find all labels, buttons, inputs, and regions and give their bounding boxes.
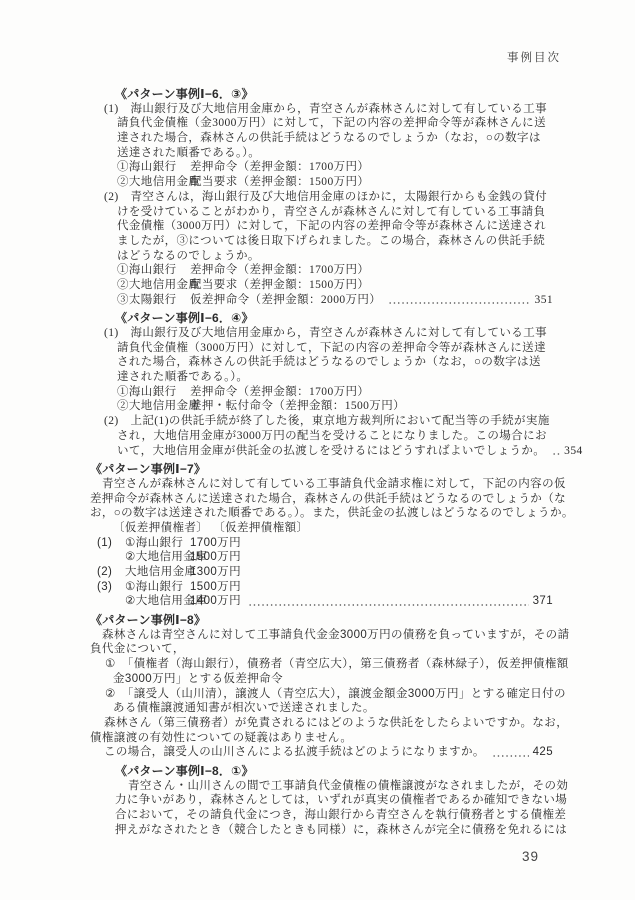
page-ref: 351 xyxy=(535,293,553,308)
order-description: 差押命令（差押金額：1700万円） xyxy=(190,263,369,278)
paragraph-line: お，○の数字は送達された順番である。）。また，供託金の払渡しはどうなるのでしょう… xyxy=(90,506,553,521)
document-page: 事例目次 《パターン事例Ⅰ−6．③》 (1) 海山銀行及び大地信用金庫から，青空… xyxy=(0,0,635,900)
paragraph-line: 合において，その請負代金につき，海山銀行から青空さんを執行債務者とする債権差 xyxy=(115,808,553,823)
table-row: ②大地信用金庫 1500万円 xyxy=(97,550,553,565)
creditor-name: ②大地信用金庫 xyxy=(125,594,190,609)
paragraph-line: 青空さんが森林さんに対して有している工事請負代金請求権に対して，下記の内容の仮 xyxy=(102,477,553,492)
creditor-name: ①海山銀行 xyxy=(117,385,190,400)
creditor-name: ②大地信用金庫 xyxy=(125,550,190,565)
paragraph-line: 達された場合，森林さんの供託手続はどうなるのでしょうか（なお，○の数字は xyxy=(117,131,553,146)
section-heading: 《パターン事例Ⅰ−8．①》 xyxy=(115,764,553,779)
section-pattern-1-6-4: 《パターン事例Ⅰ−6．④》 (1) 海山銀行及び大地信用金庫から，青空さんが森林… xyxy=(90,311,553,458)
paragraph-line: 請負代金債権（金3000万円）に対して，下記の内容の差押命令等が森林さんに送 xyxy=(117,116,553,131)
paragraph-line: された場合，森林さんの供託手続はどうなるのでしょうか（なお，○の数字は送 xyxy=(117,355,553,370)
dot-leader xyxy=(248,602,529,607)
creditor-name: ②大地信用金庫 xyxy=(117,278,190,293)
claim-amount: 1400万円 xyxy=(190,594,241,609)
paragraph-line: 送達された順番である。）。 xyxy=(117,146,553,161)
section-pattern-1-7: 《パターン事例Ⅰ−7》 青空さんが森林さんに対して有している工事請負代金請求権に… xyxy=(90,462,553,609)
creditor-name: ②大地信用金庫 xyxy=(117,175,190,190)
dot-leader xyxy=(388,300,530,305)
paragraph-line: 負代金について， xyxy=(90,642,553,657)
order-description: 仮差押命令（差押金額：2000万円） xyxy=(190,293,381,308)
paragraph-line: (2) 青空さんは，海山銀行及び大地信用金庫のほかに，太陽銀行からも金銭の貸付 xyxy=(104,190,553,205)
dot-leader xyxy=(492,753,529,758)
paragraph-line: 差押命令が森林さんに送達された場合，森林さんの供託手続はどうなるのでしょうか（な xyxy=(90,492,553,507)
creditor-name: 大地信用金庫 xyxy=(125,565,190,580)
order-description: 差押命令（差押金額：1700万円） xyxy=(190,385,369,400)
claim-item: ②大地信用金庫 配当要求（差押金額：1500万円） xyxy=(117,278,553,293)
claim-amount: 1500万円 xyxy=(190,580,241,595)
column-header-amount: 〔仮差押債権額〕 xyxy=(213,521,308,536)
section-heading: 《パターン事例Ⅰ−8》 xyxy=(90,613,553,628)
section-pattern-1-6-3: 《パターン事例Ⅰ−6．③》 (1) 海山銀行及び大地信用金庫から，青空さんが森林… xyxy=(90,87,553,307)
table-row: (3) ①海山銀行 1500万円 xyxy=(97,580,553,595)
toc-entry-line: いて，大地信用金庫が供託金の払渡しを受けるにはどうすればよいでしょうか。 354 xyxy=(117,444,553,459)
paragraph-line: (1) 海山銀行及び大地信用金庫から，青空さんが森林さんに対して有している工事 xyxy=(104,102,553,117)
order-description: 配当要求（差押金額：1500万円） xyxy=(190,278,369,293)
claim-amount: 1300万円 xyxy=(190,565,241,580)
page-ref: 371 xyxy=(533,594,553,609)
section-pattern-1-8-1: 《パターン事例Ⅰ−8．①》 青空さん・山川さんの間で工事請負代金債権の債権譲渡が… xyxy=(90,764,553,837)
numbered-item-line: ある債権譲渡通知書が相次いで送達されました。 xyxy=(113,701,553,716)
column-header-creditor: 〔仮差押債権者〕 xyxy=(113,521,208,536)
table-row: (1) ①海山銀行 1700万円 xyxy=(97,536,553,551)
page-ref: 425 xyxy=(533,745,553,760)
paragraph-line: (1) 海山銀行及び大地信用金庫から，青空さんが森林さんに対して有している工事 xyxy=(104,326,553,341)
creditor-name: ②大地信用金庫 xyxy=(117,399,190,414)
paragraph-line: 代金債権（3000万円）に対して，下記の内容の差押命令等が森林さんに送達され xyxy=(117,219,553,234)
paragraph-line: ましたが，③については後日取下げられました。この場合，森林さんの供託手続 xyxy=(117,234,553,249)
order-description: 差押命令（差押金額：1700万円） xyxy=(190,160,369,175)
numbered-item-line: 金3000万円」とする仮差押命令 xyxy=(113,672,553,687)
paragraph-line: 森林さんは青空さんに対して工事請負代金金3000万円の債務を負っていますが，その… xyxy=(102,628,553,643)
creditor-name: ①海山銀行 xyxy=(125,580,190,595)
row-number: (3) xyxy=(97,580,125,595)
order-description: 配当要求（差押金額：1500万円） xyxy=(190,175,369,190)
creditor-name: ①海山銀行 xyxy=(117,160,190,175)
numbered-item-line: ② 「譲受人（山川清），譲渡人（青空広大），譲渡金額金3000万円」とする確定日… xyxy=(105,687,553,702)
paragraph-line: 達された順番である。）。 xyxy=(117,370,553,385)
section-heading: 《パターン事例Ⅰ−7》 xyxy=(90,462,553,477)
page-number: 39 xyxy=(522,849,539,864)
running-header: 事例目次 xyxy=(507,49,561,65)
paragraph-line: 力に争いがあり，森林さんとしては，いずれが真実の債権者であるか確知できない場 xyxy=(115,793,553,808)
claim-item: ②大地信用金庫 配当要求（差押金額：1500万円） xyxy=(117,175,553,190)
section-pattern-1-8: 《パターン事例Ⅰ−8》 森林さんは青空さんに対して工事請負代金金3000万円の債… xyxy=(90,613,553,760)
claim-item: ②大地信用金庫 差押・転付命令（差押金額：1500万円） xyxy=(117,399,553,414)
claim-amount: 1500万円 xyxy=(190,550,241,565)
numbered-item-line: ① 「債権者（海山銀行），債務者（青空広大），第三債務者（森林緑子），仮差押債権… xyxy=(105,657,553,672)
page-ref: 354 xyxy=(564,444,582,459)
paragraph-line: いて，大地信用金庫が供託金の払渡しを受けるにはどうすればよいでしょうか。 xyxy=(117,444,545,459)
table-row: ②大地信用金庫 1400万円 371 xyxy=(97,594,553,609)
table-row: (2) 大地信用金庫 1300万円 xyxy=(97,565,553,580)
claim-amount: 1700万円 xyxy=(190,536,241,551)
order-description: 差押・転付命令（差押金額：1500万円） xyxy=(190,399,405,414)
paragraph-line: 請負代金債権（3000万円）に対して，下記の内容の差押命令等が森林さんに送達 xyxy=(117,341,553,356)
claim-item: ①海山銀行 差押命令（差押金額：1700万円） xyxy=(117,385,553,400)
paragraph-line: (2) 上記(1)の供託手続が終了した後，東京地方裁判所において配当等の手続が実… xyxy=(104,414,553,429)
paragraph-line: 青空さん・山川さんの間で工事請負代金債権の債権譲渡がなされましたが，その効 xyxy=(128,779,553,794)
creditor-name: ①海山銀行 xyxy=(117,263,190,278)
toc-entry-line: この場合，譲受人の山川さんによる払渡手続はどのようになりますか。 425 xyxy=(104,745,553,760)
section-heading: 《パターン事例Ⅰ−6．③》 xyxy=(115,87,553,102)
row-number: (2) xyxy=(97,565,125,580)
claim-item: ①海山銀行 差押命令（差押金額：1700万円） xyxy=(117,160,553,175)
toc-content: 《パターン事例Ⅰ−6．③》 (1) 海山銀行及び大地信用金庫から，青空さんが森林… xyxy=(90,87,553,837)
section-heading: 《パターン事例Ⅰ−6．④》 xyxy=(115,311,553,326)
row-number: (1) xyxy=(97,536,125,551)
paragraph-line: 森林さん（第三債務者）が免責されるにはどのような供託をしたらよいですか。なお， xyxy=(104,716,553,731)
creditor-name: ①海山銀行 xyxy=(125,536,190,551)
paragraph-line: はどうなるのでしょうか。 xyxy=(117,249,553,264)
paragraph-line: され，大地信用金庫が3000万円の配当を受けることになりました。この場合にお xyxy=(117,429,553,444)
claim-item: ③太陽銀行 仮差押命令（差押金額：2000万円） 351 xyxy=(117,293,553,308)
paragraph-line: けを受けていることがわかり，青空さんが森林さんに対して有している工事請負 xyxy=(117,205,553,220)
table-header-row: 〔仮差押債権者〕 〔仮差押債権額〕 xyxy=(113,521,553,536)
dot-leader xyxy=(552,451,560,456)
claim-item: ①海山銀行 差押命令（差押金額：1700万円） xyxy=(117,263,553,278)
paragraph-line: 押えがなされたとき（競合したときも同様）に，森林さんが完全に債務を免れるには xyxy=(115,823,553,838)
paragraph-line: この場合，譲受人の山川さんによる払渡手続はどのようになりますか。 xyxy=(104,745,485,760)
paragraph-line: 債権譲渡の有効性についての疑義はありません。 xyxy=(90,731,553,746)
creditor-name: ③太陽銀行 xyxy=(117,293,190,308)
